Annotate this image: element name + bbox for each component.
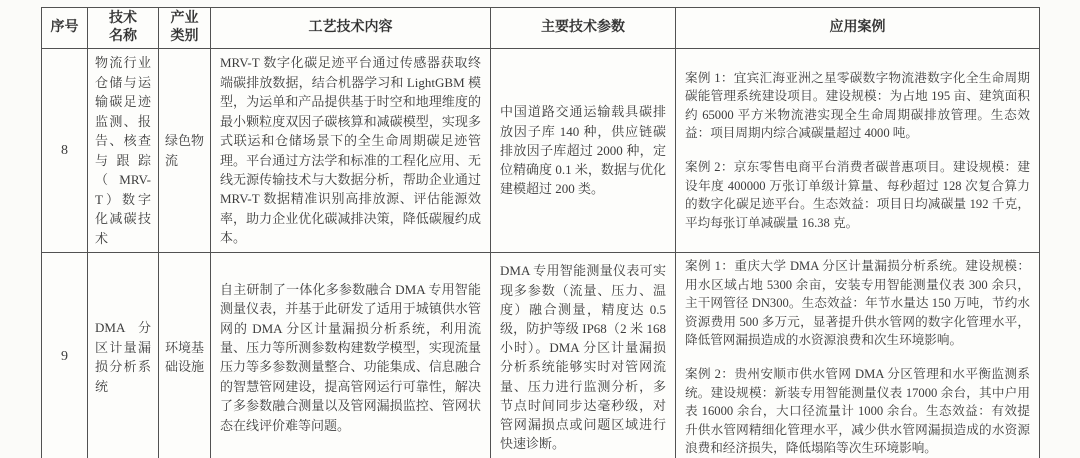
case-paragraph-2: 案例 2：京东零售电商平台消费者碳普惠项目。建设规模：建设年度 400000 万… [685, 158, 1030, 232]
table-row-9: 9 DMA 分区计量漏损分析系统 环境基础设施 自主研制了一体化多参数融合 DM… [42, 253, 1040, 458]
header-seq-no: 序号 [42, 8, 88, 49]
cell-tech-name: DMA 分区计量漏损分析系统 [88, 253, 159, 458]
cell-seq-no: 8 [42, 49, 88, 253]
cell-main-parameters: 中国道路交通运输载具碳排放因子库 140 种，供应链碳排放因子库超过 2000 … [491, 49, 676, 253]
header-main-parameters: 主要技术参数 [491, 8, 676, 49]
document-page: 序号 技术 名称 产业 类别 工艺技术内容 主要技术参数 应用案例 8 物流行业… [0, 0, 1080, 458]
cell-main-parameters: DMA 专用智能测量仪表可实现多参数（流量、压力、温度）融合测量，精度达 0.5… [491, 253, 676, 458]
header-tech-name: 技术 名称 [88, 8, 159, 49]
header-industry-category: 产业 类别 [159, 8, 211, 49]
case-paragraph-1: 案例 1：重庆大学 DMA 分区计量漏损分析系统。建设规模：用水区域占地 530… [685, 257, 1030, 350]
cell-process-content: MRV-T 数字化碳足迹平台通过传感器获取终端碳排放数据，结合机器学习和 Lig… [211, 49, 491, 253]
table-header-row: 序号 技术 名称 产业 类别 工艺技术内容 主要技术参数 应用案例 [42, 8, 1040, 49]
technology-table: 序号 技术 名称 产业 类别 工艺技术内容 主要技术参数 应用案例 8 物流行业… [41, 7, 1040, 458]
cell-tech-name: 物流行业仓储与运输碳足迹监测、报告、核查与跟踪（MRV-T）数字化减碳技术 [88, 49, 159, 253]
header-process-content: 工艺技术内容 [211, 8, 491, 49]
case-paragraph-2: 案例 2：贵州安顺市供水管网 DMA 分区管理和水平衡监测系统。建设规模：新装专… [685, 365, 1030, 458]
cell-industry-category: 环境基础设施 [159, 253, 211, 458]
case-paragraph-1: 案例 1：宜宾汇海亚洲之星零碳数字物流港数字化全生命周期碳能管理系统建设项目。建… [685, 69, 1030, 143]
table-row-8: 8 物流行业仓储与运输碳足迹监测、报告、核查与跟踪（MRV-T）数字化减碳技术 … [42, 49, 1040, 253]
cell-application-cases: 案例 1：宜宾汇海亚洲之星零碳数字物流港数字化全生命周期碳能管理系统建设项目。建… [676, 49, 1040, 253]
cell-seq-no: 9 [42, 253, 88, 458]
cell-application-cases: 案例 1：重庆大学 DMA 分区计量漏损分析系统。建设规模：用水区域占地 530… [676, 253, 1040, 458]
cell-industry-category: 绿色物流 [159, 49, 211, 253]
cell-process-content: 自主研制了一体化多参数融合 DMA 专用智能测量仪表，并基于此研发了适用于城镇供… [211, 253, 491, 458]
header-application-cases: 应用案例 [676, 8, 1040, 49]
